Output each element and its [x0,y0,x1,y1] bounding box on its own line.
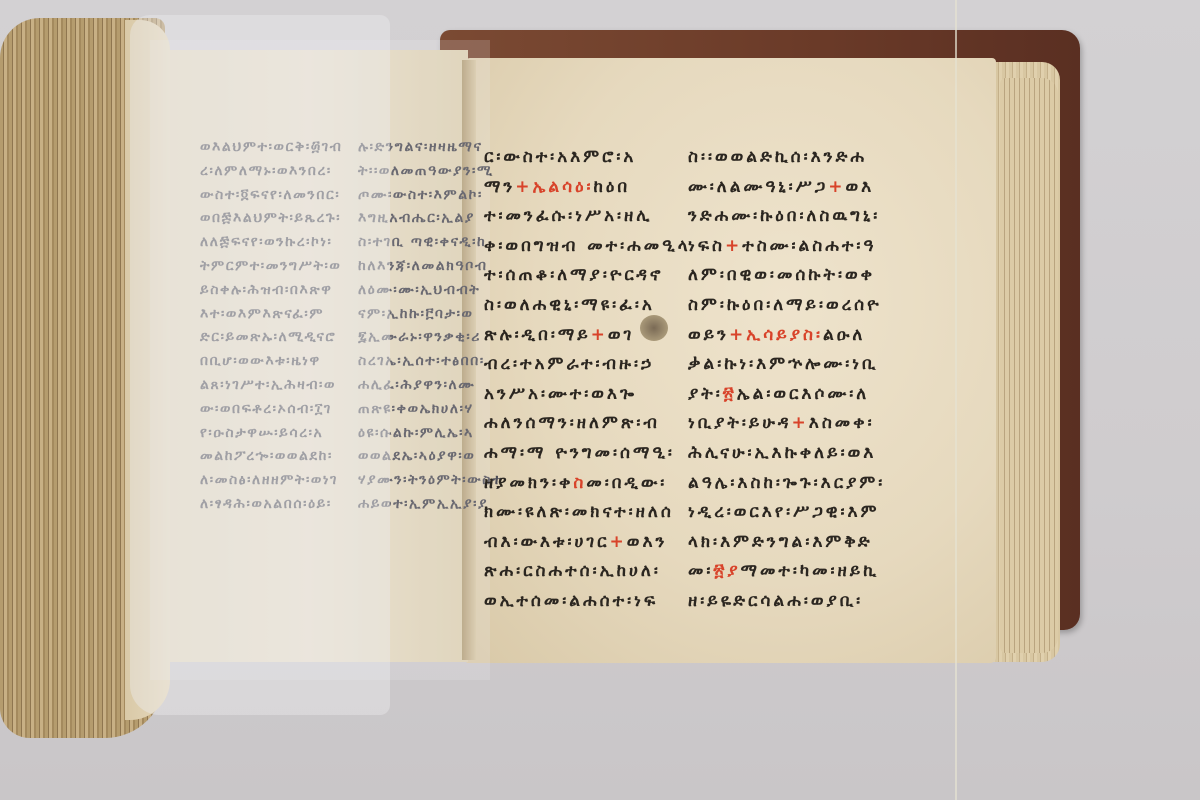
rubric-text: ፳ያ [713,561,740,581]
text-line: ነዲረ፡ወርእየ፡ሥጋዊ፡እም [688,498,885,528]
text-line: ር፡ውስተ፡አእምሮ፡አ [484,143,691,173]
text-line: ነቢያት፡ይሁዳ+እስመቀ፡ [688,409,885,439]
text-line: አንሥአ፡ሙተ፡ወእጐ [484,380,691,410]
text-line: ክሙ፡ዩለጽ፡መክናተ፡ዘለሰ [484,498,691,528]
rubric-text: + [591,325,608,345]
text-line: ሐማ፡ማ ዮንግመ፡ሰማዒ፡ [484,439,691,469]
text-line: ጽሐ፡ርስሐተሰ፡ኢከሀለ፡ [484,557,691,587]
rubric-text: + [828,177,845,197]
text-line: ስም፡ኩዕበ፡ለማይ፡ወረሰዮ [688,291,885,321]
text-line: ተ፡መንፈሱ፡ነሥአ፡ዘሊ [484,202,691,232]
right-page-column-2: ስ፡፡ወወልድኪሰ፡እንድሐሙ፡ለልሙዓኒ፡ሥጋ+ወእንድሐሙ፡ኩዕበ፡ለስዉግ… [688,143,885,617]
text-line: ወይን+ኢሳይያስ፡ልዑለ [688,321,885,351]
text-line: ሐለንሰማን፡ዘለምጽ፡ብ [484,409,691,439]
right-page-stack-edge-inner [1000,78,1058,653]
right-page-column-1: ር፡ውስተ፡አእምሮ፡አማን+ኤልሳዕ፡ከዕበተ፡መንፈሱ፡ነሥአ፡ዘሊቀ፡ወበ… [484,143,691,617]
text-line: ስ፡፡ወወልድኪሰ፡እንድሐ [688,143,885,173]
rubric-text: + [725,236,742,256]
text-line: ማን+ኤልሳዕ፡ከዕበ [484,173,691,203]
text-line: ጽሉ፡ዲበ፡ማይ+ወገ [484,321,691,351]
text-line: ብእ፡ውእቱ፡ሀገር+ወእን [484,528,691,558]
text-line: ነፍስ+ተስሙ፡ልስሐተ፡ዓ [688,232,885,262]
rubric-text: + [792,413,809,433]
text-line: ስ፡ወለሐዊኒ፡ማዩ፡ፈ፡አ [484,291,691,321]
text-line: ብረ፡ተአምራተ፡ብዙ፡ኃ [484,350,691,380]
translucent-tissue-leaf [130,15,390,715]
text-line: ቃል፡ኩነ፡እምኍሎሙ፡ነቢ [688,350,885,380]
rubric-text: + [610,532,627,552]
text-line: ቀ፡ወበግዝብ መተ፡ሐመዒላ [484,232,691,262]
bookmark-thread [955,0,957,800]
rubric-text: +ኤልሳዕ፡ [515,177,593,197]
text-line: ዘያመክን፡ቀስመ፡በዲው፡ [484,469,691,499]
rubric-text: +ኢሳይያስ፡ [729,325,823,345]
text-line: ልዓሌ፡እስከ፡ጐጉ፡እርያም፡ [688,469,885,499]
text-line: ዘ፡ይዬድርሳልሐ፡ወያቢ፡ [688,587,885,617]
text-line: ያት፡፳ኤል፡ወርእሶሙ፡ለ [688,380,885,410]
text-line: መ፡፳ያማመተ፡ካመ፡ዘይኪ [688,557,885,587]
text-line: ንድሐሙ፡ኩዕበ፡ለስዉግኒ፡ [688,202,885,232]
rubric-text: ፳ [723,384,737,404]
text-line: ሕሊናሁ፡ኢእኩቀለይ፡ወእ [688,439,885,469]
text-line: ሙ፡ለልሙዓኒ፡ሥጋ+ወእ [688,173,885,203]
text-line: ላክ፡እምድንግል፡እምቅድ [688,528,885,558]
text-line: ለም፡በዊወ፡መሰኩት፡ወቀ [688,261,885,291]
text-line: ተ፡ሰጠቆ፡ለማያ፡ዮርዳኖ [484,261,691,291]
text-line: ወኢተሰመ፡ልሐሰተ፡ነፍ [484,587,691,617]
rubric-text: ስ [573,473,586,493]
